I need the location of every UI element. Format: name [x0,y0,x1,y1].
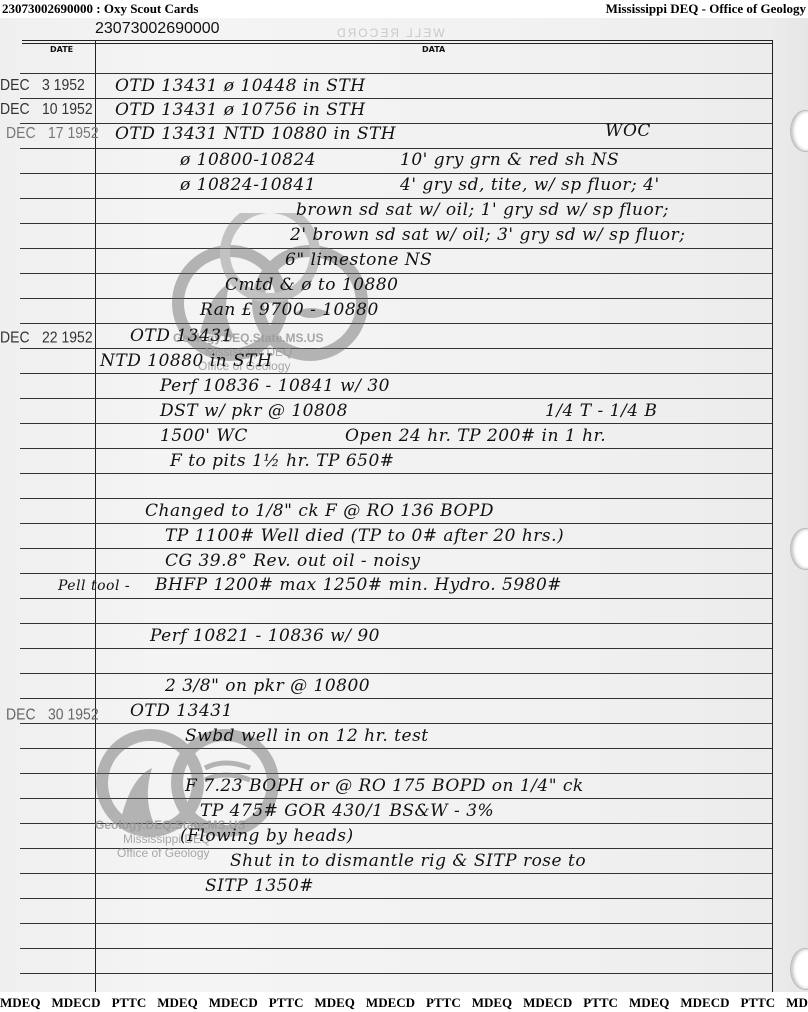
entry-text: Swbd well in on 12 hr. test [185,726,429,746]
footer-sponsor-label: MDEQ [0,995,40,1010]
entry-text: OTD 13431 [130,701,233,721]
date-stamp: DEC3 1952 [0,75,85,93]
ruled-line [20,973,772,974]
entry-extra: 4' gry sd, tite, w/ sp fluor; 4' [400,175,660,195]
entry-text: CG 39.8° Rev. out oil - noisy [165,551,421,571]
footer-sponsor-label: PTTC [112,995,147,1010]
footer-sponsor-label: MDECD [680,995,729,1010]
sponsor-footer: MDEQMDECDPTTCMDEQMDECDPTTCMDEQMDECDPTTCM… [0,995,808,1012]
ruled-line [20,898,772,899]
entry-text: OTD 13431 NTD 10880 in STH [115,124,396,144]
ruled-line [20,698,772,699]
entry-text: DST w/ pkr @ 10808 [160,401,348,421]
margin-note: Pell tool - [58,578,130,594]
entry-text: 2' brown sd sat w/ oil; 3' gry sd w/ sp … [290,225,685,245]
footer-sponsor-label: MDEQ [629,995,669,1010]
binder-hole [790,110,808,152]
ruled-line [20,873,772,874]
entry-text: Ran £ 9700 - 10880 [200,300,379,320]
entry-text: Cmtd & ø to 10880 [225,275,398,295]
entry-text: OTD 13431 ø 10448 in STH [115,76,366,96]
ruled-line [20,448,772,449]
ruled-line [20,948,772,949]
footer-sponsor-label: MDECD [523,995,572,1010]
document-title: 23073002690000 : Oxy Scout Cards [2,1,198,17]
ruled-line [20,598,772,599]
publisher-title: Mississippi DEQ - Office of Geology [606,1,806,17]
entry-text: NTD 10880 in STH [100,351,272,371]
footer-sponsor-label: MDEQ [472,995,512,1010]
binder-hole [790,948,808,990]
column-header-date: DATE [50,45,73,54]
card-right-border [772,40,773,992]
footer-sponsor-label: MDEQ [314,995,354,1010]
entry-text: ø 10824-10841 [180,175,316,195]
entry-text: OTD 13431 [130,326,233,346]
entry-text: SITP 1350# [205,876,314,896]
entry-text: F 7.23 BOPH or @ RO 175 BOPD on 1/4" ck [185,776,584,796]
footer-sponsor-label: PTTC [269,995,304,1010]
entry-text: 6" limestone NS [285,250,432,270]
ruled-line [20,648,772,649]
ruled-line [20,673,772,674]
entry-text: Changed to 1/8" ck F @ RO 136 BOPD [145,501,494,521]
ruled-line [20,423,772,424]
entry-text: OTD 13431 ø 10756 in STH [115,100,366,120]
footer-sponsor-label: MDEQ [786,995,808,1010]
header-rule-top [22,40,772,41]
date-stamp: DEC22 1952 [0,328,93,346]
entry-text: BHFP 1200# max 1250# min. Hydro. 5980# [155,575,562,595]
ruled-line [20,398,772,399]
footer-sponsor-label: PTTC [583,995,618,1010]
entry-extra: 10' gry grn & red sh NS [400,150,619,170]
entry-text: Perf 10836 - 10841 w/ 30 [160,376,390,396]
column-header-data: DATA [422,45,445,54]
date-stamp: DEC10 1952 [0,99,93,117]
ruled-line [20,573,772,574]
entry-text: ø 10800-10824 [180,150,316,170]
footer-sponsor-label: MDECD [209,995,258,1010]
footer-sponsor-label: MDECD [366,995,415,1010]
entry-text: TP 475# GOR 430/1 BS&W - 3% [200,801,494,821]
entry-extra: WOC [605,121,651,141]
entry-text: 1500' WC [160,426,248,446]
title-bar: 23073002690000 : Oxy Scout Cards Mississ… [0,0,808,18]
ruled-line [20,523,772,524]
date-stamp: DEC30 1952 [6,705,99,723]
date-stamp: DEC17 1952 [6,123,99,141]
entry-text: TP 1100# Well died (TP to 0# after 20 hr… [165,526,564,546]
ruled-line [20,148,772,149]
entry-extra: Open 24 hr. TP 200# in 1 hr. [345,426,606,446]
footer-sponsor-label: MDECD [51,995,100,1010]
ruled-line [20,98,772,99]
entry-text: brown sd sat w/ oil; 1' gry sd w/ sp flu… [296,200,669,220]
ruled-line [20,373,772,374]
ruled-line [20,173,772,174]
header-rule-bottom [22,43,772,44]
well-api-number: 23073002690000 [95,20,220,38]
footer-sponsor-label: PTTC [426,995,461,1010]
ruled-line [20,548,772,549]
ruled-line [20,923,772,924]
ruled-line [20,498,772,499]
footer-sponsor-label: MDEQ [157,995,197,1010]
entry-text: 2 3/8" on pkr @ 10800 [165,676,370,696]
footer-sponsor-label: PTTC [741,995,776,1010]
entry-text: Shut in to dismantle rig & SITP rose to [230,851,586,871]
entry-text: Perf 10821 - 10836 w/ 90 [150,626,380,646]
ruled-line [20,73,772,74]
ruled-line [20,198,772,199]
scout-card: 23073002690000 WELL RECORD DATE DATA Geo… [0,18,808,992]
ruled-line [20,623,772,624]
entry-text: F to pits 1½ hr. TP 650# [170,451,395,471]
entry-text: (Flowing by heads) [180,826,354,846]
ruled-line [20,473,772,474]
ghost-title: WELL RECORD [335,26,445,40]
binder-hole [790,528,808,570]
entry-extra: 1/4 T - 1/4 B [545,401,657,421]
